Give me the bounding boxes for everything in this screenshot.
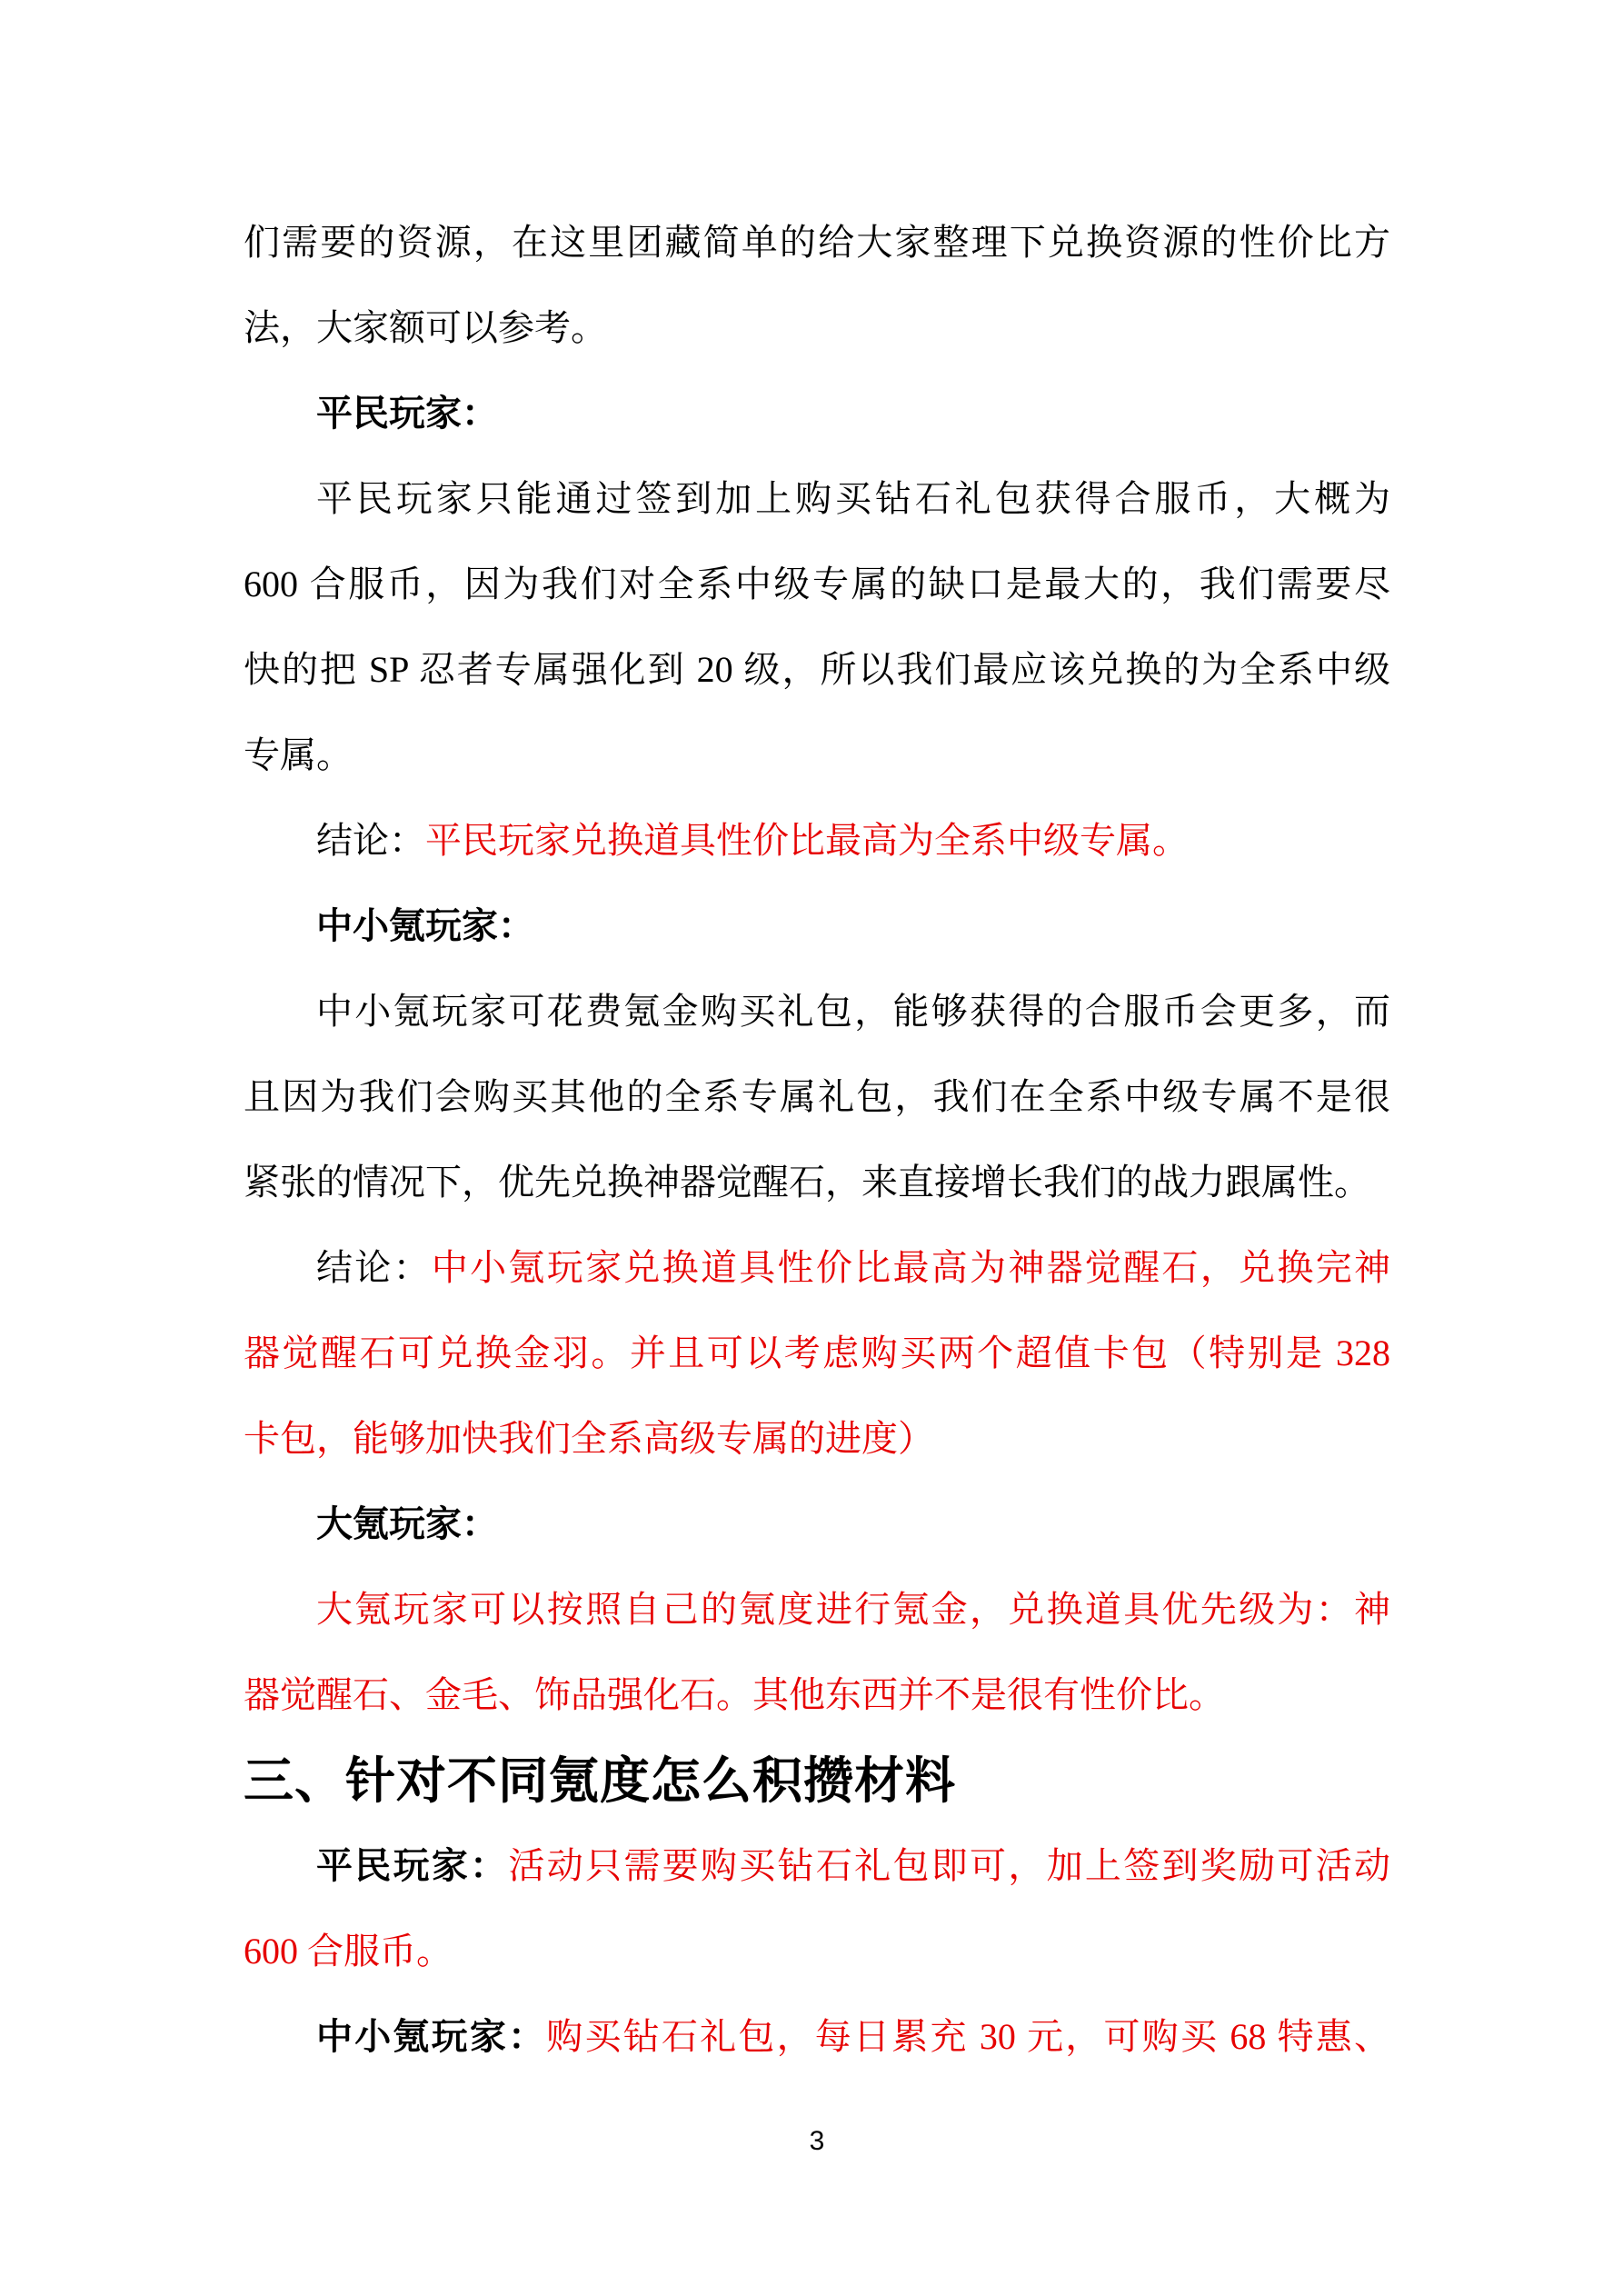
text-segment: 器觉醒石、金毛、饰品强化石。其他东西并不是很有性价比。 xyxy=(244,1674,1225,1715)
text-line: 卡包，能够加快我们全系高级专属的进度） xyxy=(244,1396,1390,1482)
text-segment: 平民玩家： xyxy=(316,1845,508,1886)
text-segment: 600 合服币。 xyxy=(244,1931,453,1972)
text-segment: 中小氪玩家： xyxy=(316,2016,546,2057)
text-line: 600 合服币，因为我们对全系中级专属的缺口是最大的，我们需要尽 xyxy=(244,542,1390,627)
text-line: 中小氪玩家： xyxy=(244,883,1390,969)
text-segment: 快的把 SP 忍者专属强化到 20 级，所以我们最应该兑换的为全系中级 xyxy=(244,649,1390,690)
text-segment: 600 合服币，因为我们对全系中级专属的缺口是最大的，我们需要尽 xyxy=(244,564,1390,604)
text-segment: 活动只需要购买钻石礼包即可，加上签到奖励可活动 xyxy=(508,1845,1390,1886)
text-line: 600 合服币。 xyxy=(244,1909,1390,1994)
text-segment: 三、针对不同氪度怎么积攒材料 xyxy=(244,1752,956,1809)
text-line: 平民玩家： xyxy=(244,371,1390,456)
text-segment: 平民玩家： xyxy=(316,393,498,434)
text-line: 平民玩家只能通过签到加上购买钻石礼包获得合服币，大概为 xyxy=(244,456,1390,542)
text-segment: 中小氪玩家兑换道具性价比最高为神器觉醒石，兑换完神 xyxy=(432,1247,1390,1288)
text-segment: 且因为我们会购买其他的全系专属礼包，我们在全系中级专属不是很 xyxy=(244,1076,1390,1117)
text-line: 结论：中小氪玩家兑换道具性价比最高为神器觉醒石，兑换完神 xyxy=(244,1225,1390,1311)
text-segment: 结论： xyxy=(316,820,425,861)
text-line: 中小氪玩家可花费氪金购买礼包，能够获得的合服币会更多，而 xyxy=(244,969,1390,1054)
text-line: 大氪玩家： xyxy=(244,1482,1390,1567)
text-line: 们需要的资源，在这里团藏简单的给大家整理下兑换资源的性价比方 xyxy=(244,200,1390,285)
text-segment: 平民玩家只能通过签到加上购买钻石礼包获得合服币，大概为 xyxy=(316,478,1390,519)
text-segment: 紧张的情况下，优先兑换神器觉醒石，来直接增长我们的战力跟属性。 xyxy=(244,1162,1370,1203)
text-line: 器觉醒石、金毛、饰品强化石。其他东西并不是很有性价比。 xyxy=(244,1652,1390,1738)
section-heading: 三、针对不同氪度怎么积攒材料 xyxy=(244,1738,1390,1823)
content: 们需要的资源，在这里团藏简单的给大家整理下兑换资源的性价比方法，大家额可以参考。… xyxy=(244,200,1390,2080)
text-segment: 专属。 xyxy=(244,734,353,775)
text-line: 器觉醒石可兑换金羽。并且可以考虑购买两个超值卡包（特别是 328 xyxy=(244,1311,1390,1396)
text-line: 中小氪玩家：购买钻石礼包，每日累充 30 元，可购买 68 特惠、 xyxy=(244,1994,1390,2080)
text-segment: 购买钻石礼包，每日累充 30 元，可购买 68 特惠、 xyxy=(546,2016,1390,2057)
text-line: 快的把 SP 忍者专属强化到 20 级，所以我们最应该兑换的为全系中级 xyxy=(244,627,1390,713)
text-line: 结论：平民玩家兑换道具性价比最高为全系中级专属。 xyxy=(244,798,1390,883)
text-segment: 中小氪玩家： xyxy=(316,905,534,946)
page-number: 3 xyxy=(244,2123,1390,2160)
text-line: 且因为我们会购买其他的全系专属礼包，我们在全系中级专属不是很 xyxy=(244,1054,1390,1140)
text-line: 法，大家额可以参考。 xyxy=(244,285,1390,371)
text-segment: 大氪玩家可以按照自己的氪度进行氪金，兑换道具优先级为：神 xyxy=(316,1589,1390,1630)
text-segment: 卡包，能够加快我们全系高级专属的进度） xyxy=(244,1418,934,1459)
text-line: 专属。 xyxy=(244,713,1390,798)
text-segment: 们需要的资源，在这里团藏简单的给大家整理下兑换资源的性价比方 xyxy=(244,222,1390,263)
text-segment: 结论： xyxy=(316,1247,432,1288)
document-page: 们需要的资源，在这里团藏简单的给大家整理下兑换资源的性价比方法，大家额可以参考。… xyxy=(0,0,1623,2296)
text-segment: 器觉醒石可兑换金羽。并且可以考虑购买两个超值卡包（特别是 328 xyxy=(244,1333,1390,1373)
text-line: 平民玩家：活动只需要购买钻石礼包即可，加上签到奖励可活动 xyxy=(244,1823,1390,1909)
text-segment: 大氪玩家： xyxy=(316,1503,498,1544)
text-line: 紧张的情况下，优先兑换神器觉醒石，来直接增长我们的战力跟属性。 xyxy=(244,1140,1390,1225)
text-line: 大氪玩家可以按照自己的氪度进行氪金，兑换道具优先级为：神 xyxy=(244,1567,1390,1652)
text-segment: 中小氪玩家可花费氪金购买礼包，能够获得的合服币会更多，而 xyxy=(316,991,1390,1032)
text-segment: 法，大家额可以参考。 xyxy=(244,307,607,348)
text-segment: 平民玩家兑换道具性价比最高为全系中级专属。 xyxy=(425,820,1189,861)
